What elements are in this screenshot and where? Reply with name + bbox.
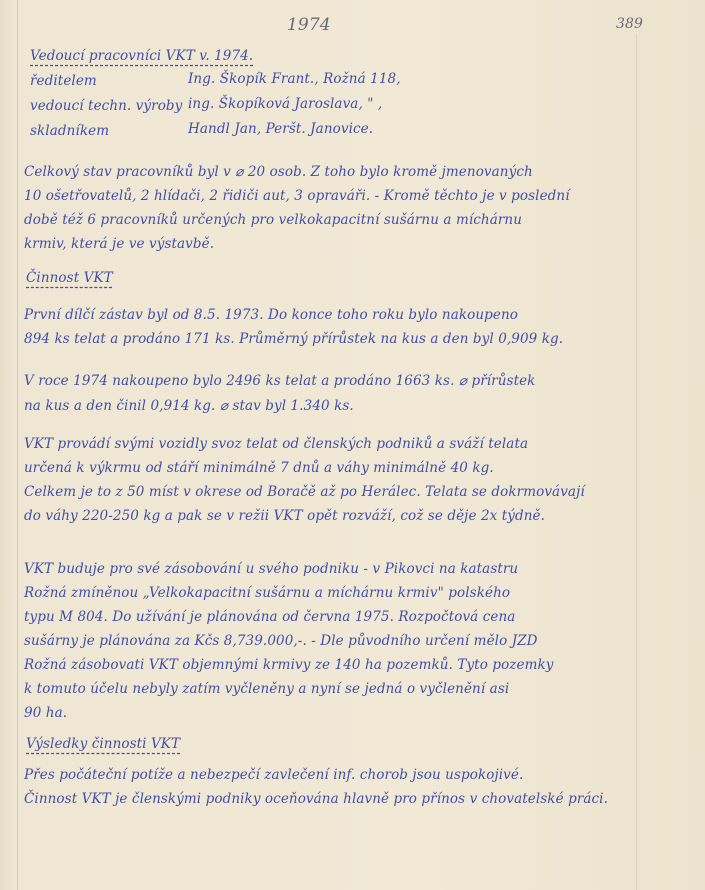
results-heading: Výsledky činnosti VKT — [26, 738, 180, 752]
staff-role: skladníkem — [30, 125, 109, 139]
paragraph-line: VKT provádí svými vozidly svoz telat od … — [24, 438, 528, 452]
paragraph-line: 10 ošetřovatelů, 2 hlídači, 2 řidiči aut… — [24, 190, 570, 204]
page-year: 1974 — [287, 17, 331, 34]
staff-name: Handl Jan, Peršt. Janovice. — [188, 123, 373, 137]
staff-heading: Vedoucí pracovníci VKT v. 1974. — [30, 50, 253, 64]
paragraph-line: době též 6 pracovníků určených pro velko… — [24, 214, 522, 228]
scanned-chronicle-page: 1974 389 Vedoucí pracovníci VKT v. 1974.… — [0, 0, 705, 890]
paragraph-line: na kus a den činil 0,914 kg. ⌀ stav byl … — [24, 400, 354, 414]
paragraph-line: Rožná zásobovati VKT objemnými krmivy ze… — [24, 659, 554, 673]
staff-role: vedoucí techn. výroby — [30, 100, 182, 114]
staff-name: ing. Škopíková Jaroslava, " , — [188, 98, 382, 112]
paragraph-line: Přes počáteční potíže a nebezpečí zavleč… — [24, 769, 523, 783]
paragraph-line: V roce 1974 nakoupeno bylo 2496 ks telat… — [24, 375, 535, 389]
paragraph-line: 894 ks telat a prodáno 171 ks. Průměrný … — [24, 333, 563, 347]
paragraph-line: První dílčí zástav byl od 8.5. 1973. Do … — [24, 309, 518, 323]
staff-role: ředitelem — [30, 75, 97, 89]
paragraph-line: sušárny je plánována za Kčs 8,739.000,-.… — [24, 635, 538, 649]
paragraph-line: k tomuto účelu nebyly zatím vyčleněny a … — [24, 683, 509, 697]
activity-heading: Činnost VKT — [26, 272, 113, 286]
paragraph-line: Celkem je to z 50 míst v okrese od Borač… — [24, 486, 585, 500]
paragraph-line: typu M 804. Do užívání je plánována od č… — [24, 611, 515, 625]
paragraph-line: krmiv, která je ve výstavbě. — [24, 238, 214, 252]
right-margin-line — [636, 35, 637, 890]
paragraph-line: Činnost VKT je členskými podniky oceňová… — [24, 793, 608, 807]
paragraph-line: 90 ha. — [24, 707, 67, 721]
staff-name: Ing. Škopík Frant., Rožná 118, — [188, 73, 401, 87]
paragraph-line: VKT buduje pro své zásobování u svého po… — [24, 563, 518, 577]
page-number: 389 — [616, 17, 643, 31]
paragraph-line: určená k výkrmu od stáří minimálně 7 dnů… — [24, 462, 494, 476]
left-margin-line — [17, 0, 18, 890]
paragraph-line: Rožná zmíněnou „Velkokapacitní sušárnu a… — [24, 587, 510, 601]
paragraph-line: Celkový stav pracovníků byl v ⌀ 20 osob.… — [24, 166, 533, 180]
paragraph-line: do váhy 220-250 kg a pak se v režii VKT … — [24, 510, 545, 524]
